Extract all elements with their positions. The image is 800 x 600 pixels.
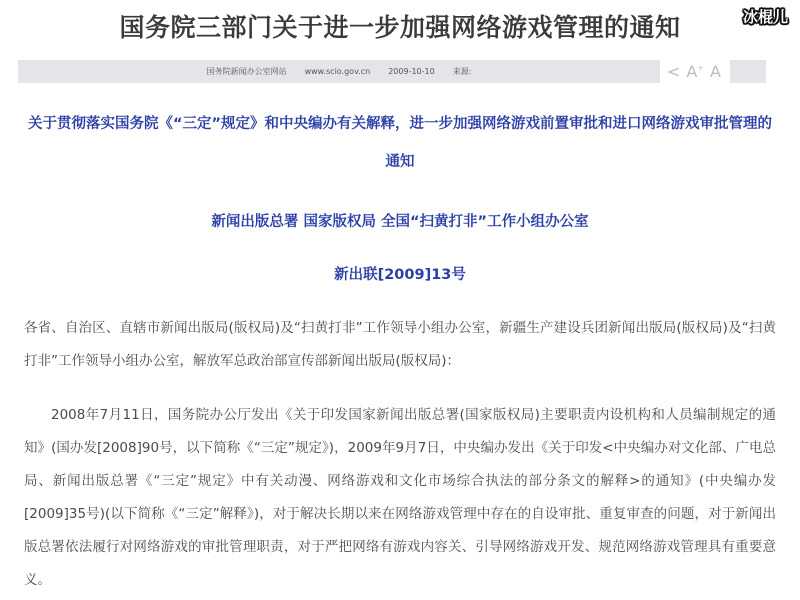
document-title: 关于贯彻落实国务院《“三定”规定》和中央编办有关解释，进一步加强网络游戏前置审批… — [22, 105, 778, 181]
article-meta-bar: 国务院新闻办公室网站 www.scio.gov.cn 2009-10-10 来源… — [18, 60, 660, 83]
document-addressee: 各省、自治区、直辖市新闻出版局(版权局)及“扫黄打非”工作领导小组办公室，新疆生… — [24, 312, 776, 378]
meta-source-label: 来源: — [453, 66, 472, 77]
plus-icon: + — [697, 64, 704, 73]
article-tools: < A+ A — [664, 60, 724, 83]
page-title: 国务院三部门关于进一步加强网络游戏管理的通知 — [0, 8, 800, 44]
share-icon[interactable]: < — [667, 62, 680, 81]
font-larger-button[interactable]: A+ — [686, 62, 704, 81]
meta-site-name: 国务院新闻办公室网站 — [207, 66, 287, 77]
meta-date: 2009-10-10 — [388, 67, 435, 76]
font-smaller-button[interactable]: A — [710, 62, 721, 81]
meta-url: www.scio.gov.cn — [305, 67, 371, 76]
watermark: 冰棍儿 — [743, 6, 788, 27]
tools-placeholder-box — [730, 60, 766, 83]
font-larger-icon: A — [686, 62, 697, 81]
document-number: 新出联[2009]13号 — [0, 263, 800, 284]
document-issuer: 新闻出版总署 国家版权局 全国“扫黄打非”工作小组办公室 — [0, 210, 800, 231]
document-paragraph: 2008年7月11日，国务院办公厅发出《关于印发国家新闻出版总署(国家版权局)主… — [24, 399, 776, 597]
